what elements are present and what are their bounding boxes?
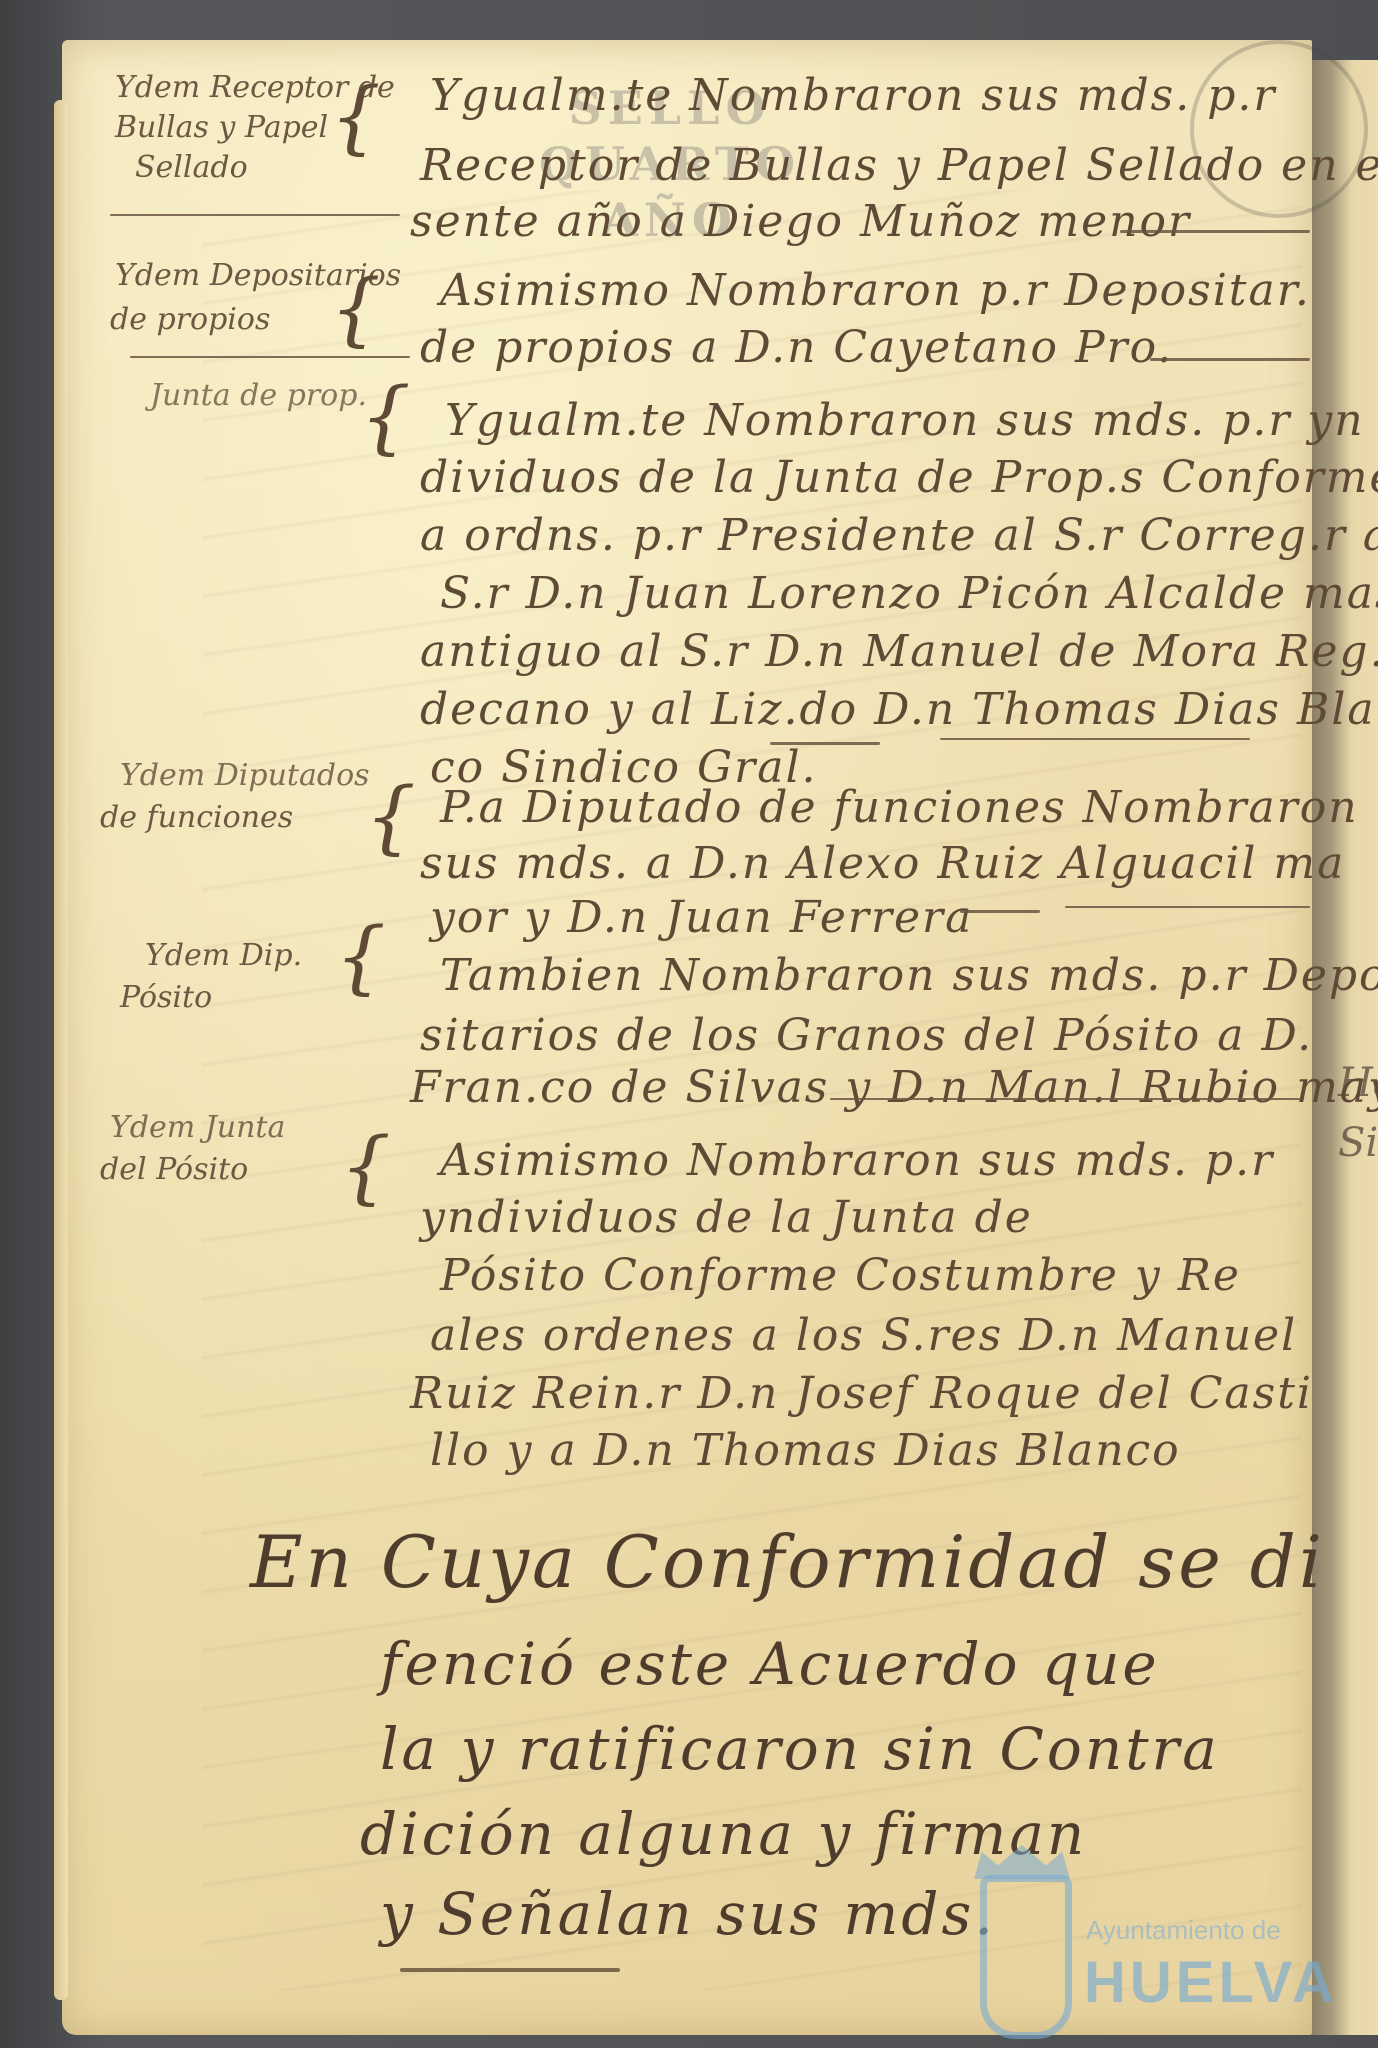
paragraph-bracket: {	[340, 1120, 391, 1213]
line-filler-rule	[940, 738, 1250, 740]
line-filler-rule	[770, 742, 880, 745]
line-filler-rule	[1120, 230, 1310, 233]
line-filler-rule	[960, 910, 1040, 913]
next-page-fragment: Sin	[1338, 1120, 1378, 1166]
paragraph-bracket: {	[335, 910, 386, 1003]
seal-stamp	[1190, 40, 1368, 218]
divider-rule	[110, 214, 400, 216]
huelva-watermark: Ayuntamiento de HUELVA	[960, 1845, 1300, 2035]
signature-rule	[400, 1968, 620, 1972]
crown-icon	[974, 1845, 1070, 1879]
divider-rule	[130, 356, 410, 358]
coat-of-arms-icon	[980, 1875, 1072, 2039]
paragraph-bracket: {	[365, 770, 416, 863]
paragraph-bracket: {	[330, 70, 381, 163]
paragraph-bracket: {	[330, 262, 381, 355]
line-filler-rule	[1065, 906, 1310, 908]
paragraph-bracket: {	[360, 370, 411, 463]
next-page-edge: Ha Sin	[1312, 60, 1378, 2035]
underline-rule	[830, 1098, 1300, 1100]
line-filler-rule	[1150, 358, 1310, 361]
